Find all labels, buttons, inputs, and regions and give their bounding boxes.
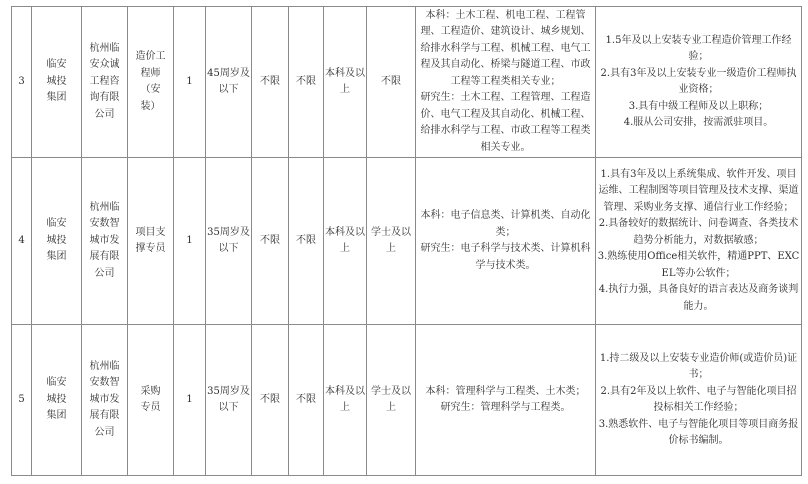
education-requirement: 本科及以上 — [324, 7, 367, 158]
other-requirements: 1.5年及以上安装专业工程造价管理工作经验； 2.具有3年及以上安装专业一级造价… — [596, 7, 802, 158]
requirement-item: 1.具有3年及以上系统集成、软件开发、项目运维、工程制图等项目管理及技术支撑、渠… — [596, 167, 801, 217]
degree-requirement: 学士及以上 — [367, 158, 416, 325]
other-requirements: 1.具有3年及以上系统集成、软件开发、项目运维、工程制图等项目管理及技术支撑、渠… — [596, 158, 802, 325]
requirement-item: 3.具有中级工程师及以上职称； — [596, 99, 801, 116]
requirement-item: 3.熟悉软件、电子与智能化项目等项目商务报价标书编制。 — [596, 417, 801, 450]
table-row: 4 临安城投集团 杭州临安数智城市发展有限公司 项目支撑专员 1 35周岁及以下… — [12, 158, 802, 325]
requirement-item: 3.熟练使用Office相关软件，精通PPT、EXCEL等办公软件； — [596, 249, 801, 282]
row-number: 5 — [12, 325, 32, 476]
requirement-item: 1.持二级及以上安装专业造价师(或造价员)证书； — [596, 351, 801, 384]
requirement-item: 2.具备较好的数据统计、问卷调查、各类技术趋势分析能力，对数据敏感； — [596, 216, 801, 249]
table-row: 5 临安城投集团 杭州临安数智城市发展有限公司 采购专员 1 35周岁及以下 不… — [12, 325, 802, 476]
major-undergrad: 本科：土木工程、机电工程、工程管理、工程造价、建筑设计、城乡规划、给排水科学与工… — [416, 8, 595, 91]
table-row: 3 临安城投集团 杭州临安众诚工程咨询有限公司 造价工程师（安装） 1 45周岁… — [12, 7, 802, 158]
major-undergrad: 本科：电子信息类、计算机类、自动化类； — [416, 208, 595, 241]
degree-requirement: 不限 — [367, 7, 416, 158]
professional-title: 不限 — [289, 325, 324, 476]
age-requirement: 35周岁及以下 — [206, 158, 252, 325]
row-number: 3 — [12, 7, 32, 158]
requirement-item: 1.5年及以上安装专业工程造价管理工作经验； — [596, 33, 801, 66]
group-name: 临安城投集团 — [32, 158, 82, 325]
major-requirement: 本科：土木工程、机电工程、工程管理、工程造价、建筑设计、城乡规划、给排水科学与工… — [416, 7, 596, 158]
requirement-item: 4.执行力强，具备良好的语言表达及商务谈判能力。 — [596, 282, 801, 315]
headcount: 1 — [174, 325, 206, 476]
education-requirement: 本科及以上 — [324, 158, 367, 325]
major-undergrad: 本科：管理科学与工程类、土木类； — [416, 384, 595, 401]
row-number: 4 — [12, 158, 32, 325]
position-name: 采购专员 — [128, 325, 174, 476]
company-name: 杭州临安数智城市发展有限公司 — [82, 325, 128, 476]
requirement-item: 2.具有3年及以上安装专业一级造价工程师执业资格； — [596, 66, 801, 99]
political-status: 不限 — [252, 325, 289, 476]
company-name: 杭州临安众诚工程咨询有限公司 — [82, 7, 128, 158]
political-status: 不限 — [252, 158, 289, 325]
group-name: 临安城投集团 — [32, 7, 82, 158]
group-name: 临安城投集团 — [32, 325, 82, 476]
company-name: 杭州临安数智城市发展有限公司 — [82, 158, 128, 325]
position-name: 项目支撑专员 — [128, 158, 174, 325]
major-requirement: 本科：电子信息类、计算机类、自动化类； 研究生：电子科学与技术类、计算机科学与技… — [416, 158, 596, 325]
age-requirement: 35周岁及以下 — [206, 325, 252, 476]
degree-requirement: 学士及以上 — [367, 325, 416, 476]
major-graduate: 研究生：土木工程、工程管理、工程造价、电气工程及其自动化、机械工程、给排水科学与… — [416, 90, 595, 156]
education-requirement: 本科及以上 — [324, 325, 367, 476]
major-requirement: 本科：管理科学与工程类、土木类； 研究生：管理科学与工程类。 — [416, 325, 596, 476]
other-requirements: 1.持二级及以上安装专业造价师(或造价员)证书； 2.具有2年及以上软件、电子与… — [596, 325, 802, 476]
professional-title: 不限 — [289, 158, 324, 325]
recruitment-table: 3 临安城投集团 杭州临安众诚工程咨询有限公司 造价工程师（安装） 1 45周岁… — [11, 6, 802, 476]
headcount: 1 — [174, 158, 206, 325]
headcount: 1 — [174, 7, 206, 158]
political-status: 不限 — [252, 7, 289, 158]
requirement-item: 2.具有2年及以上软件、电子与智能化项目招投标相关工作经验； — [596, 384, 801, 417]
professional-title: 不限 — [289, 7, 324, 158]
age-requirement: 45周岁及以下 — [206, 7, 252, 158]
requirement-item: 4.服从公司安排，按需派驻项目。 — [596, 115, 801, 132]
major-graduate: 研究生：管理科学与工程类。 — [416, 400, 595, 417]
position-name: 造价工程师（安装） — [128, 7, 174, 158]
major-graduate: 研究生：电子科学与技术类、计算机科学与技术类。 — [416, 241, 595, 274]
